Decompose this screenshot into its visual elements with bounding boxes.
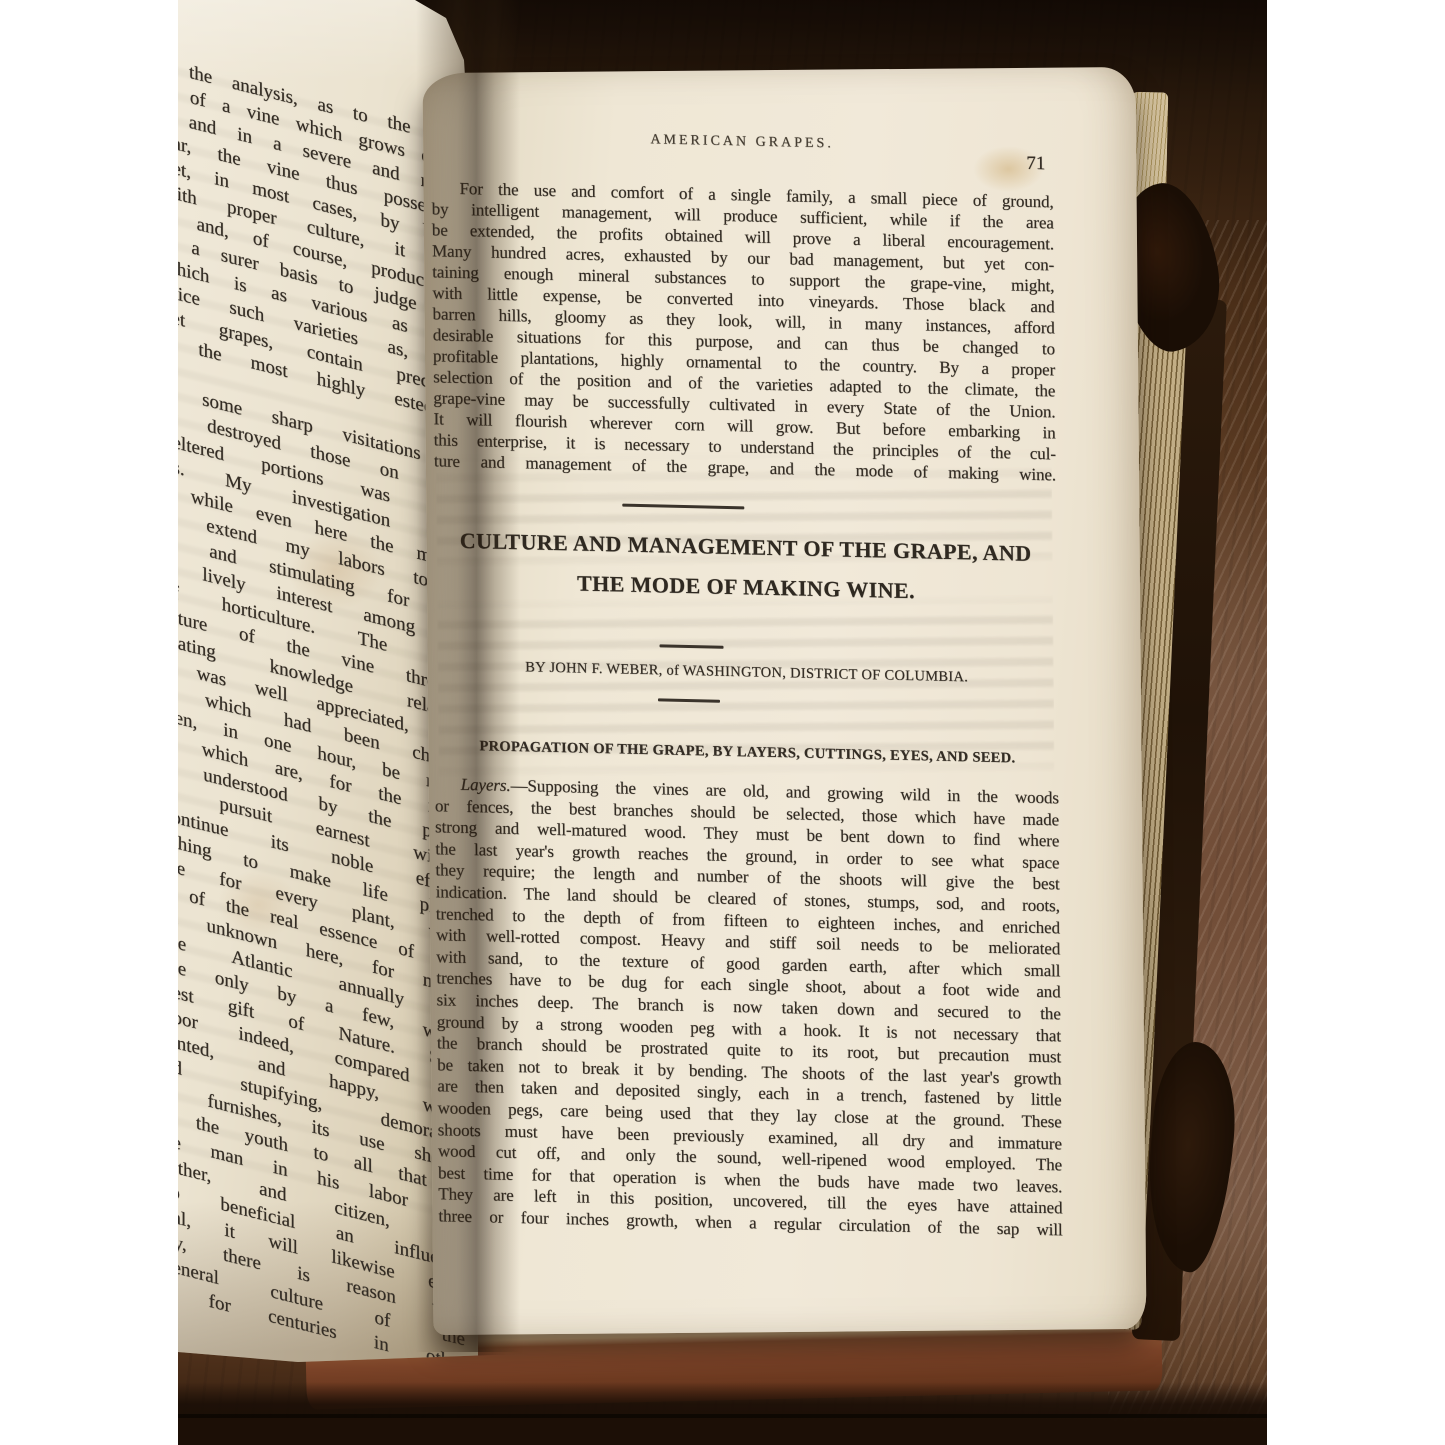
divider-rule	[658, 698, 720, 702]
right-page: AMERICAN GRAPES. 71 For the use and comf…	[423, 67, 1147, 1335]
byline: BY JOHN F. WEBER, of WASHINGTON, DISTRIC…	[436, 657, 1058, 688]
body-paragraph: Layers.—Supposing the vines are old, and…	[435, 773, 1063, 1241]
divider-rule	[622, 504, 744, 509]
article-title-line1: CULTURE AND MANAGEMENT OF THE GRAPE, AND	[434, 527, 1056, 567]
left-running-header: REPORT.	[178, 0, 357, 30]
table-groove-line	[178, 1414, 1267, 1418]
book-photo: REPORT. f the analysis, as to the capait…	[178, 0, 1267, 1445]
right-page-text: AMERICAN GRAPES. 71 For the use and comf…	[423, 73, 1147, 1335]
divider-rule	[660, 644, 724, 648]
gutter-shadow	[416, 0, 520, 1352]
intro-paragraph: For the use and comfort of a single fami…	[431, 177, 1056, 485]
article-title-line2: THE MODE OF MAKING WINE.	[435, 567, 1057, 607]
section-heading: PROPAGATION OF THE GRAPE, BY LAYERS, CUT…	[432, 737, 1062, 768]
photo-canvas: REPORT. f the analysis, as to the capait…	[0, 0, 1445, 1445]
